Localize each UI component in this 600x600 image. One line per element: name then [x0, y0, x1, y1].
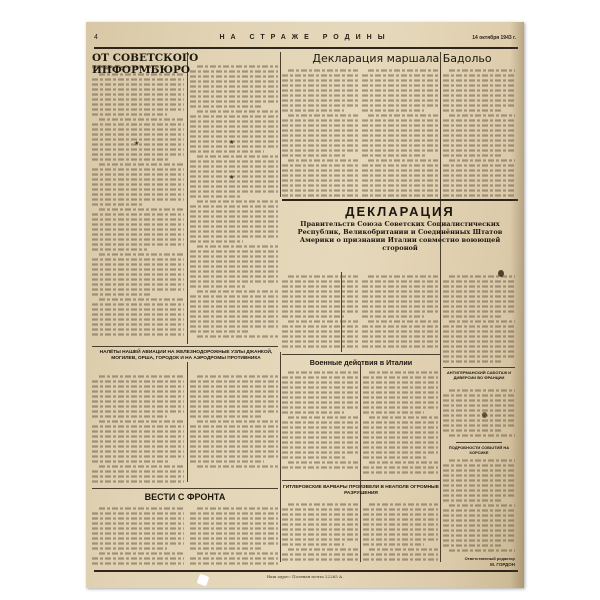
- editor-label: Ответственный редактор: [443, 556, 515, 561]
- star-separator: ★: [229, 139, 234, 146]
- naples-body-col1: [282, 502, 358, 562]
- sabotage-headline: АНТИГЕРМАНСКИЙ САБОТАЖ И ДИВЕРСИИ ВО ФРА…: [443, 370, 515, 380]
- declaration-title: ДЕКЛАРАЦИЯ: [282, 204, 518, 219]
- front-news-body-col1: [92, 506, 184, 566]
- badoglio-headline: Декларация маршала Бадольо: [282, 52, 522, 65]
- column-divider: [187, 52, 188, 344]
- korsika-headline: ПОДРОБНОСТИ СОБЫТИЙ НА КОРСИКЕ: [443, 445, 515, 455]
- naples-body-col2: [363, 502, 438, 562]
- ink-stain: [498, 270, 504, 277]
- italy-war-body-col1: [282, 370, 358, 474]
- paper-tear: [197, 574, 210, 587]
- issue-date: 14 октября 1943 г.: [472, 35, 516, 41]
- declaration-body-col1: [282, 274, 358, 350]
- aviation-body-col1: [92, 374, 184, 484]
- star-separator: ★: [229, 174, 234, 181]
- section-rule: [282, 199, 518, 201]
- section-rule: [282, 480, 440, 481]
- declaration-body-col2: [362, 274, 438, 350]
- italy-war-headline: Военные действия в Италии: [282, 358, 440, 367]
- sovinformburo-body-col2: [190, 64, 278, 340]
- badoglio-body-col3: [443, 68, 515, 198]
- masthead-rule: [94, 47, 518, 49]
- sabotage-body: [443, 388, 515, 442]
- sovinformburo-body-col1: [92, 72, 184, 340]
- masthead: 4 НА СТРАЖЕ РОДИНЫ 14 октября 1943 г.: [94, 34, 516, 46]
- newspaper-page: 4 НА СТРАЖЕ РОДИНЫ 14 октября 1943 г. ОТ…: [86, 22, 524, 588]
- declaration-subtitle: Правительств Союза Советских Социалистич…: [286, 220, 514, 252]
- column-divider: [187, 362, 188, 482]
- printing-note: Наш адрес: Полевая почта 22265 А.: [86, 574, 524, 579]
- badoglio-body-col2: [362, 68, 438, 198]
- footer-rule: [94, 570, 518, 572]
- section-rule: [282, 354, 440, 355]
- front-news-body-col2: [190, 506, 278, 566]
- star-separator: ★: [134, 140, 139, 147]
- aviation-headline: НАЛЁТЫ НАШЕЙ АВИАЦИИ НА ЖЕЛЕЗНОДОРОЖНЫЕ …: [96, 350, 276, 362]
- italy-war-body-col2: [363, 370, 438, 478]
- declaration-body-col3: [443, 274, 515, 366]
- newspaper-title: НА СТРАЖЕ РОДИНЫ: [94, 34, 516, 41]
- korsika-body: [443, 458, 515, 554]
- section-rule: [92, 488, 278, 489]
- aviation-body-col2: [190, 374, 278, 470]
- column-divider: [280, 352, 281, 562]
- sovinformburo-subhead: (Окончание. Начало см. на 1-й стр.): [92, 65, 187, 69]
- section-rule: [456, 442, 502, 443]
- naples-headline: ГИТЛЕРОВСКИЕ ВАРВАРЫ ПРОИЗВЕЛИ В НЕАПОЛЕ…: [282, 485, 440, 497]
- section-rule: [443, 367, 515, 368]
- column-divider: [360, 362, 361, 562]
- badoglio-body-col1: [282, 68, 358, 198]
- ink-stain: [482, 412, 487, 418]
- front-news-headline: ВЕСТИ С ФРОНТА: [92, 492, 278, 502]
- section-rule: [92, 346, 278, 347]
- column-divider: [440, 52, 441, 562]
- editor-name: М. ГОРДОН: [443, 562, 515, 567]
